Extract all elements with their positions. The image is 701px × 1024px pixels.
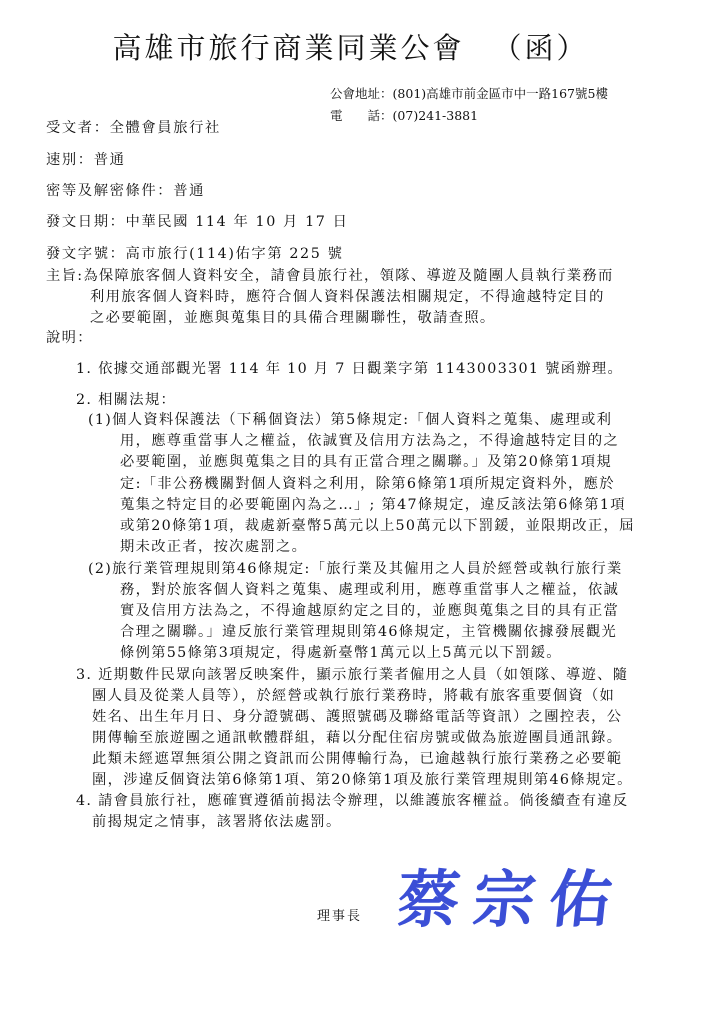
explanation-item-4-line: 前揭規定之情事，該署將依法處罰。 [92,811,342,831]
subject-label: 主旨: [46,268,83,284]
address-line: 公會地址：(801)高雄市前金區市中一路167號5樓 [330,84,608,102]
date-line: 發文日期：中華民國 114 年 10 月 17 日 [46,211,349,231]
subject-text: 為保障旅客個人資料安全，請會員旅行社，領隊、導遊及隨團人員執行業務而 [83,268,613,284]
item-2-1-line: (1)個人資料保護法（下稱個資法）第5條規定:「個人資料之蒐集、處理或利 [88,409,612,429]
document-type: （函） [493,31,589,65]
association-name: 高雄市旅行商業同業公會 [112,31,464,65]
speed-value: 普通 [94,152,126,168]
item-2-1-line: 用，應尊重當事人之權益，依誠實及信用方法為之，不得逾越特定目的之 [120,430,619,450]
security-line: 密等及解密條件：普通 [46,180,205,200]
explanation-item-3-line: 姓名、出生年月日、身分證號碼、護照號碼及聯絡電話等資訊）之團控表，公 [92,706,622,726]
item-2-2-line: (2)旅行業管理規則第46條規定:「旅行業及其僱用之人員於經營或執行旅行業 [88,558,623,578]
date-label: 發文日期 [46,214,110,230]
item-2-1-line: 蒐集之特定目的必要範圍內為之…」; 第47條規定，違反該法第6條第1項 [120,494,626,514]
explanation-item-3-line: 團人員及從業人員等），於經營或執行旅行業務時，將載有旅客重要個資（如 [92,685,615,705]
recipient-line: 受文者：全體會員旅行社 [46,117,221,137]
explanation-item-3-line: 3. 近期數件民眾向該署反映案件，顯示旅行業者僱用之人員（如領隊、導遊、隨 [76,664,628,684]
explanation-item-1: 1. 依據交通部觀光署 114 年 10 月 7 日觀業字第 114300330… [76,358,623,378]
item-2-2-line: 合理之關聯。」違反旅行業管理規則第46條規定，主管機關依據發展觀光 [120,621,617,641]
recipient-label: 受文者 [46,120,94,136]
security-label: 密等及解密條件 [46,183,157,199]
doc-number-value: 高市旅行(114)佑字第 225 號 [126,246,344,262]
item-2-1-line: 定:「非公務機關對個人資料之利用，除第6條第1項所規定資料外，應於 [120,473,615,493]
item-2-2-line: 實及信用方法為之，不得逾越原約定之目的，並應與蒐集之目的具有正當 [120,600,619,620]
subject-line-3: 之必要範圍，並應與蒐集目的具備合理關聯性，敬請查照。 [90,307,496,327]
item-2-2-line: 條例第55條第3項規定，得處新臺幣1萬元以上5萬元以下罰鍰。 [120,642,562,662]
item-2-2-line: 務，對於旅客個人資料之蒐集、處理或利用，應尊重當事人之權益，依誠 [120,579,619,599]
address-value: (801)高雄市前金區市中一路167號5樓 [393,86,608,101]
phone-value: (07)241-3881 [393,108,479,123]
address-label: 公會地址 [330,86,380,101]
document-title: 高雄市旅行商業同業公會（函） [0,26,701,67]
item-2-1-line: 必要範圍，並應與蒐集之目的具有正當合理之關聯。」及第20條第1項規 [120,451,612,471]
phone-line: 電 話：(07)241-3881 [330,106,478,124]
phone-label: 電 話 [330,108,380,123]
explanation-label: 說明： [46,327,93,347]
date-value: 中華民國 114 年 10 月 17 日 [126,214,349,230]
explanation-item-4-line: 4. 請會員旅行社，應確實遵循前揭法令辦理，以維護旅客權益。倘後續查有違反 [76,790,628,810]
explanation-item-3-line: 此類未經遮罩無須公開之資訊而公開傳輸行為，已逾越執行旅行業務之必要範 [92,748,622,768]
recipient-value: 全體會員旅行社 [110,120,221,136]
explanation-item-3-line: 圍，涉違反個資法第6條第1項、第20條第1項及旅行業管理規則第46條規定。 [92,769,633,789]
subject-line-2: 利用旅客個人資料時，應符合個人資料保護法相關規定，不得逾越特定目的 [90,286,605,306]
explanation-item-3-line: 開傳輸至旅遊團之通訊軟體群組，藉以分配住宿房號或做為旅遊團員通訊錄。 [92,727,622,747]
explanation-item-2-title: 2. 相關法規： [76,389,176,409]
chairman-signature: 蔡宗佑 [393,850,630,939]
subject-line-1: 主旨:為保障旅客個人資料安全，請會員旅行社，領隊、導遊及隨團人員執行業務而 [46,265,614,285]
security-value: 普通 [173,183,205,199]
speed-line: 速別：普通 [46,149,126,169]
speed-label: 速別 [46,152,78,168]
doc-number-line: 發文字號：高市旅行(114)佑字第 225 號 [46,243,344,263]
item-2-1-line: 或第20條第1項，裁處新臺幣5萬元以上50萬元以下罰鍰，並限期改正，屆 [120,515,635,535]
chairman-title: 理事長 [317,905,362,924]
item-2-1-line: 期未改正者，按次處罰之。 [120,536,307,556]
doc-number-label: 發文字號 [46,246,110,262]
